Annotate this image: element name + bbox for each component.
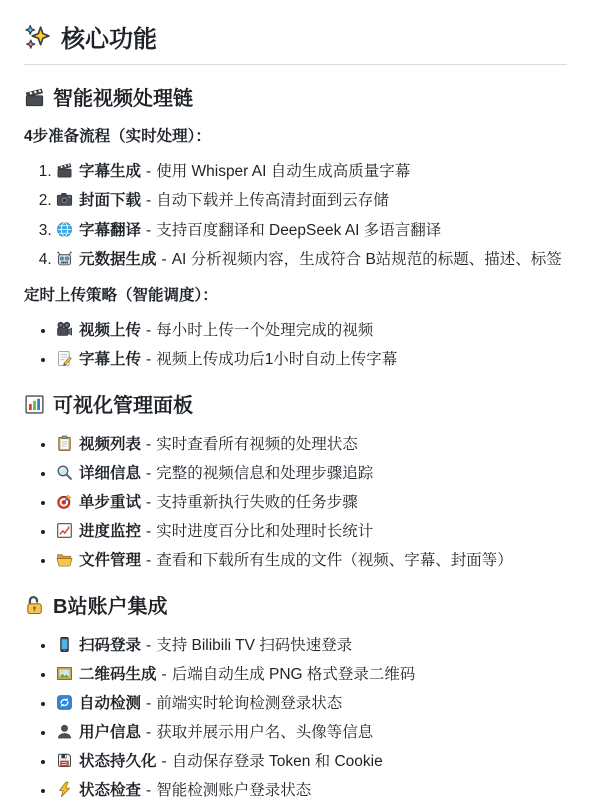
list-item: 视频列表-实时查看所有视频的处理状态 <box>56 433 567 457</box>
list-item: 封面下载-自动下载并上传高清封面到云存储 <box>56 189 567 213</box>
list-item: 自动检测-前端实时轮询检测登录状态 <box>56 692 567 716</box>
list-item: 二维码生成-后端自动生成 PNG 格式登录二维码 <box>56 663 567 687</box>
list-item: 单步重试-支持重新执行失败的任务步骤 <box>56 491 567 515</box>
feature-desc: 获取并展示用户名、头像等信息 <box>156 724 373 741</box>
feature-desc: 后端自动生成 PNG 格式登录二维码 <box>172 666 416 683</box>
separator: - <box>146 552 151 569</box>
section-heading: B站账户集成 <box>24 595 567 620</box>
feature-desc: 智能检测账户登录状态 <box>156 782 311 799</box>
separator: - <box>146 322 151 339</box>
list-item: 进度监控-实时进度百分比和处理时长统计 <box>56 520 567 544</box>
separator: - <box>146 351 151 368</box>
feature-name: 二维码生成 <box>79 666 157 683</box>
clapperboard-icon <box>24 87 45 108</box>
robot-icon <box>56 250 73 267</box>
memo-icon <box>56 350 73 367</box>
list-item: 文件管理-查看和下载所有生成的文件（视频、字幕、封面等） <box>56 549 567 573</box>
list-item: 状态持久化-自动保存登录 Token 和 Cookie <box>56 750 567 774</box>
section-heading: 智能视频处理链 <box>24 87 567 112</box>
list-intro: 4步准备流程（实时处理）： <box>24 126 567 148</box>
list-item: 用户信息-获取并展示用户名、头像等信息 <box>56 721 567 745</box>
feature-desc: AI 分析视频内容，生成符合 B站规范的标题、描述、标签 <box>172 251 562 268</box>
separator: - <box>162 666 167 683</box>
list-item: 扫码登录-支持 Bilibili TV 扫码快速登录 <box>56 634 567 658</box>
feature-name: 字幕翻译 <box>79 222 141 239</box>
lightning-icon <box>56 781 73 798</box>
feature-desc: 查看和下载所有生成的文件（视频、字幕、封面等） <box>156 552 513 569</box>
movie-camera-icon <box>56 321 73 338</box>
separator: - <box>162 251 167 268</box>
separator: - <box>146 494 151 511</box>
camera-icon <box>56 191 73 208</box>
list-intro: 定时上传策略（智能调度）： <box>24 285 567 307</box>
separator: - <box>146 222 151 239</box>
feature-name: 元数据生成 <box>79 251 157 268</box>
feature-desc: 前端实时轮询检测登录状态 <box>156 695 342 712</box>
feature-name: 状态持久化 <box>79 753 157 770</box>
separator: - <box>146 782 151 799</box>
separator: - <box>146 724 151 741</box>
separator: - <box>162 753 167 770</box>
feature-desc: 使用 Whisper AI 自动生成高质量字幕 <box>156 163 410 180</box>
account-features-list: 扫码登录-支持 Bilibili TV 扫码快速登录 二维码生成-后端自动生成 … <box>24 634 567 800</box>
list-item: 字幕翻译-支持百度翻译和 DeepSeek AI 多语言翻译 <box>56 219 567 243</box>
section-visual-dashboard: 可视化管理面板 视频列表-实时查看所有视频的处理状态 详细信息-完整的视频信息和… <box>24 394 567 573</box>
dashboard-features-list: 视频列表-实时查看所有视频的处理状态 详细信息-完整的视频信息和处理步骤追踪 <box>24 433 567 573</box>
section-heading-text: 智能视频处理链 <box>53 88 193 110</box>
list-item: 状态检查-智能检测账户登录状态 <box>56 779 567 800</box>
list-item: 元数据生成-AI 分析视频内容，生成符合 B站规范的标题、描述、标签 <box>56 248 567 272</box>
unlocked-padlock-icon <box>24 595 45 616</box>
feature-name: 文件管理 <box>79 552 141 569</box>
separator: - <box>146 163 151 180</box>
separator: - <box>146 695 151 712</box>
list-item: 详细信息-完整的视频信息和处理步骤追踪 <box>56 462 567 486</box>
feature-name: 自动检测 <box>79 695 141 712</box>
chart-increasing-icon <box>56 522 73 539</box>
target-icon <box>56 493 73 510</box>
sync-icon <box>56 694 73 711</box>
feature-name: 进度监控 <box>79 523 141 540</box>
globe-icon <box>56 221 73 238</box>
bar-chart-icon <box>24 394 45 415</box>
section-heading-text: B站账户集成 <box>53 596 167 618</box>
feature-name: 视频上传 <box>79 322 141 339</box>
feature-name: 字幕生成 <box>79 163 141 180</box>
floppy-disk-icon <box>56 752 73 769</box>
feature-name: 用户信息 <box>79 724 141 741</box>
feature-name: 封面下载 <box>79 192 141 209</box>
feature-desc: 自动保存登录 Token 和 Cookie <box>172 753 383 770</box>
separator: - <box>146 523 151 540</box>
separator: - <box>146 436 151 453</box>
sparkles-icon <box>24 24 51 51</box>
clapperboard-icon <box>56 162 73 179</box>
list-item: 视频上传-每小时上传一个处理完成的视频 <box>56 319 567 343</box>
magnifying-glass-icon <box>56 464 73 481</box>
clipboard-icon <box>56 435 73 452</box>
feature-name: 字幕上传 <box>79 351 141 368</box>
feature-name: 视频列表 <box>79 436 141 453</box>
list-item: 字幕生成-使用 Whisper AI 自动生成高质量字幕 <box>56 160 567 184</box>
user-silhouette-icon <box>56 723 73 740</box>
feature-desc: 支持百度翻译和 DeepSeek AI 多语言翻译 <box>156 222 441 239</box>
page-title-text: 核心功能 <box>61 26 157 53</box>
feature-desc: 实时查看所有视频的处理状态 <box>156 436 358 453</box>
section-smart-video-chain: 智能视频处理链 4步准备流程（实时处理）： 字幕生成-使用 Whisper AI… <box>24 87 567 372</box>
upload-strategy-list: 视频上传-每小时上传一个处理完成的视频 字幕上传-视频上传成功后1小时自动上传字… <box>24 319 567 372</box>
feature-desc: 支持 Bilibili TV 扫码快速登录 <box>156 637 352 654</box>
feature-name: 详细信息 <box>79 465 141 482</box>
markdown-document: 核心功能 智能视频处理链 4步准备流程（实时处理）： 字幕生成-使用 Whisp… <box>24 24 567 800</box>
feature-desc: 自动下载并上传高清封面到云存储 <box>156 192 389 209</box>
feature-desc: 完整的视频信息和处理步骤追踪 <box>156 465 373 482</box>
list-item: 字幕上传-视频上传成功后1小时自动上传字幕 <box>56 348 567 372</box>
section-bilibili-account: B站账户集成 扫码登录-支持 Bilibili TV 扫码快速登录 二维码生成-… <box>24 595 567 800</box>
separator: - <box>146 637 151 654</box>
smartphone-icon <box>56 636 73 653</box>
feature-desc: 视频上传成功后1小时自动上传字幕 <box>156 351 397 368</box>
open-folder-icon <box>56 551 73 568</box>
page-title: 核心功能 <box>24 24 567 65</box>
feature-desc: 支持重新执行失败的任务步骤 <box>156 494 358 511</box>
feature-name: 状态检查 <box>79 782 141 799</box>
separator: - <box>146 192 151 209</box>
separator: - <box>146 465 151 482</box>
framed-picture-icon <box>56 665 73 682</box>
feature-desc: 实时进度百分比和处理时长统计 <box>156 523 373 540</box>
feature-name: 单步重试 <box>79 494 141 511</box>
preparation-steps-list: 字幕生成-使用 Whisper AI 自动生成高质量字幕 封面下载-自动下载并上… <box>24 160 567 271</box>
section-heading: 可视化管理面板 <box>24 394 567 419</box>
feature-desc: 每小时上传一个处理完成的视频 <box>156 322 373 339</box>
feature-name: 扫码登录 <box>79 637 141 654</box>
section-heading-text: 可视化管理面板 <box>53 395 193 417</box>
